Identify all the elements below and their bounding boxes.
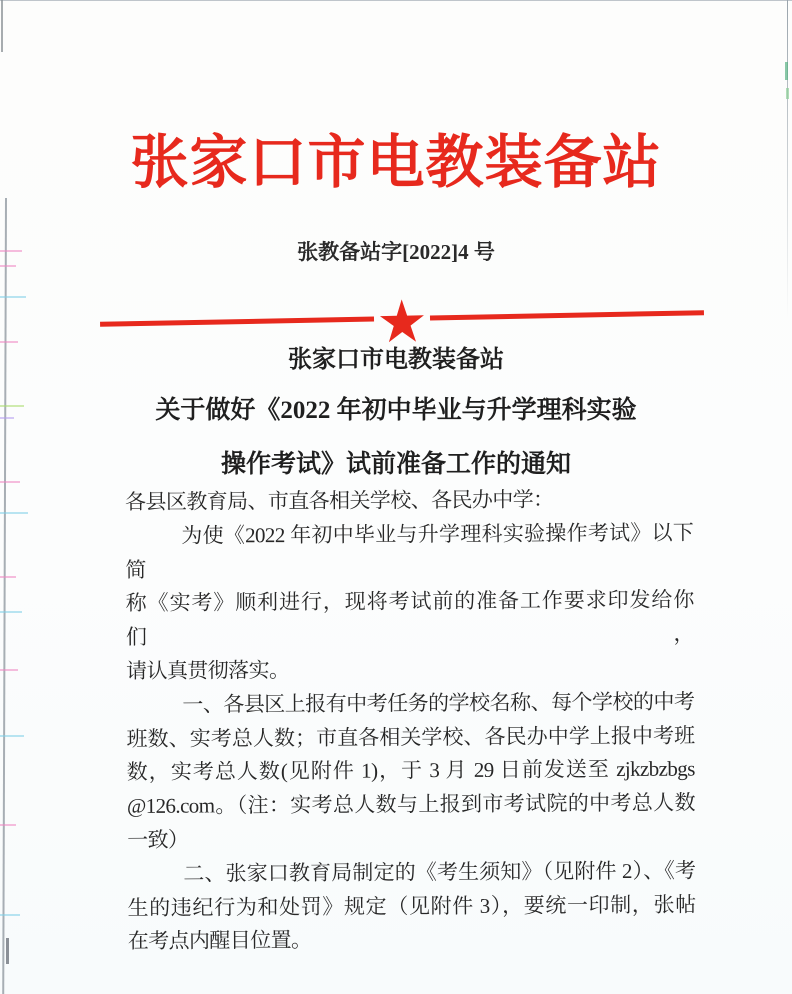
body-line: 生的违纪行为和处罚》规定（见附件 3），要统一印制，张帖 <box>127 888 695 925</box>
scanned-notice-page: 张家口市电教装备站 张教备站字[2022]4 号 张家口市电教装备站 关于做好《… <box>0 0 792 994</box>
scan-streak <box>0 512 28 514</box>
body-line: 数，实考总人数(见附件 1)，于 3 月 29 日前发送至 zjkzbzbgs <box>127 753 695 790</box>
doc-number: 张教备站字[2022]4 号 <box>0 238 792 266</box>
scan-speck <box>786 88 789 99</box>
scan-speck <box>785 62 788 80</box>
scan-streak <box>0 576 16 578</box>
rule-line-right <box>430 310 704 320</box>
notice-title-line-2: 操作考试》试前准备工作的通知 <box>0 450 792 480</box>
scan-streak <box>0 341 18 343</box>
scan-streak <box>0 914 20 916</box>
scan-streak <box>0 824 16 826</box>
letterhead-rule <box>100 290 705 346</box>
notice-body: 各县区教育局、市直各相关学校、各民办中学： 为使《2022 年初中毕业与升学理科… <box>125 483 696 960</box>
scan-edge-left <box>2 198 7 994</box>
body-line: 班数、实考总人数；市直各相关学校、各民办中学上报中考班 <box>126 719 694 756</box>
rule-line-left <box>100 316 374 326</box>
body-line: 一致） <box>127 820 695 857</box>
scan-edge-left-top-mark <box>1 0 3 52</box>
scan-streak <box>0 611 22 613</box>
body-line: 为使《2022 年初中毕业与升学理科实验操作考试》以下简 <box>125 516 693 587</box>
body-line: @126.com。（注：实考总人数与上报到市考试院的中考总人数 <box>127 787 695 824</box>
notice-org-heading: 张家口市电教装备站 <box>0 346 792 374</box>
red-star-icon <box>379 298 426 343</box>
scan-edge-top <box>0 0 792 1</box>
body-line-item-1: 一、各县区上报有中考任务的学校名称、每个学校的中考 <box>126 685 694 722</box>
body-line: 请认真贯彻落实。 <box>126 652 694 689</box>
scan-edge-left-mark <box>6 938 9 964</box>
body-line-salutation: 各县区教育局、市直各相关学校、各民办中学： <box>125 483 693 520</box>
notice-title-line-1: 关于做好《2022 年初中毕业与升学理科实验 <box>0 396 792 426</box>
letterhead-org-title: 张家口市电教装备站 <box>0 128 792 198</box>
body-line: 在考点内醒目位置。 <box>128 922 696 959</box>
scan-streak <box>0 669 18 671</box>
scan-streak <box>0 296 26 298</box>
body-line-item-2: 二、张家口教育局制定的《考生须知》（见附件 2）、《考 <box>127 854 695 891</box>
body-line: 称《实考》顺利进行，现将考试前的准备工作要求印发给你们， <box>126 584 694 655</box>
scan-streak <box>0 481 20 483</box>
scan-streak <box>0 735 24 737</box>
